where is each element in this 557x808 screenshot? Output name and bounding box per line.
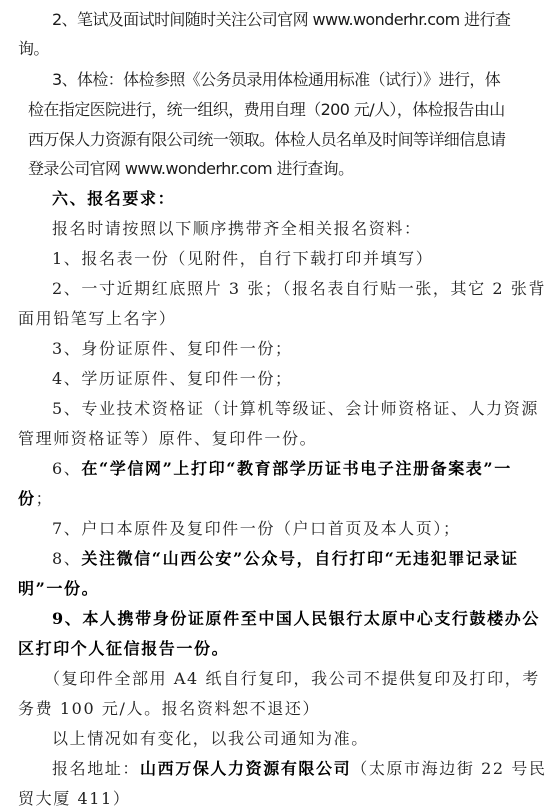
text-line: 3、身份证原件、复印件一份； — [52, 339, 293, 359]
bold-text: 山西万保人力资源有限公司 — [140, 759, 351, 778]
text-line: 面用铅笔写上名字） — [18, 309, 176, 329]
text-line: 六、报名要求： — [52, 189, 175, 209]
text-line: 7、户口本原件及复印件一份（户口首页及本人页）； — [52, 519, 461, 539]
text-line: 检在指定医院进行，统一组织，费用自理（200 元/人），体检报告由山 — [28, 100, 505, 120]
text-line: 登录公司官网 www.wonderhr.com 进行查询。 — [28, 159, 353, 179]
text-line: 9、本人携带身份证原件至中国人民银行太原中心支行鼓楼办公 — [52, 609, 540, 629]
text-line: 3、体检：体检参照《公务员录用体检通用标准（试行）》进行，体 — [52, 70, 500, 90]
bold-text: 份 — [18, 489, 36, 508]
text-line: 明”一份。 — [18, 579, 99, 599]
text-line: 以上情况如有变化，以我公司通知为准。 — [52, 729, 369, 749]
text-line: 6、在“学信网”上打印“教育部学历证书电子注册备案表”一 — [52, 459, 512, 479]
text-line: 报名地址：山西万保人力资源有限公司（太原市海边街 22 号民 — [52, 759, 547, 779]
text-line: 区打印个人征信报告一份。 — [18, 639, 229, 659]
bold-text: 在“学信网”上打印“教育部学历证书电子注册备案表”一 — [81, 459, 511, 478]
text-line: 询。 — [18, 39, 49, 59]
text-line: 1、报名表一份（见附件，自行下载打印并填写） — [52, 249, 433, 269]
text-line: 务费 100 元/人。报名资料恕不退还） — [18, 699, 320, 719]
text-line: 西万保人力资源有限公司统一领取。体检人员名单及时间等详细信息请 — [28, 130, 505, 150]
text-line: 管理师资格证等）原件、复印件一份。 — [18, 429, 317, 449]
text-line: 贸大厦 411） — [18, 789, 130, 808]
text-line: 报名时请按照以下顺序携带齐全相关报名资料： — [52, 219, 422, 239]
text-line: 4、学历证原件、复印件一份； — [52, 369, 293, 389]
text-segment: ； — [36, 489, 54, 508]
text-line: （复印件全部用 A4 纸自行复印，我公司不提供复印及打印，考 — [44, 669, 540, 689]
text-segment: （太原市海边街 22 号民 — [351, 759, 546, 778]
text-segment: 8、 — [52, 549, 81, 568]
text-segment: 报名地址： — [52, 759, 140, 778]
text-line: 5、专业技术资格证（计算机等级证、会计师资格证、人力资源 — [52, 399, 539, 419]
text-line: 份； — [18, 489, 53, 509]
bold-text: 关注微信“山西公安”公众号，自行打印“无违犯罪记录证 — [81, 549, 518, 568]
text-line: 2、一寸近期红底照片 3 张；（报名表自行贴一张，其它 2 张背 — [52, 279, 546, 299]
text-line: 8、关注微信“山西公安”公众号，自行打印“无违犯罪记录证 — [52, 549, 519, 569]
text-line: 2、笔试及面试时间随时关注公司官网 www.wonderhr.com 进行查 — [52, 10, 510, 30]
text-segment: 6、 — [52, 459, 81, 478]
